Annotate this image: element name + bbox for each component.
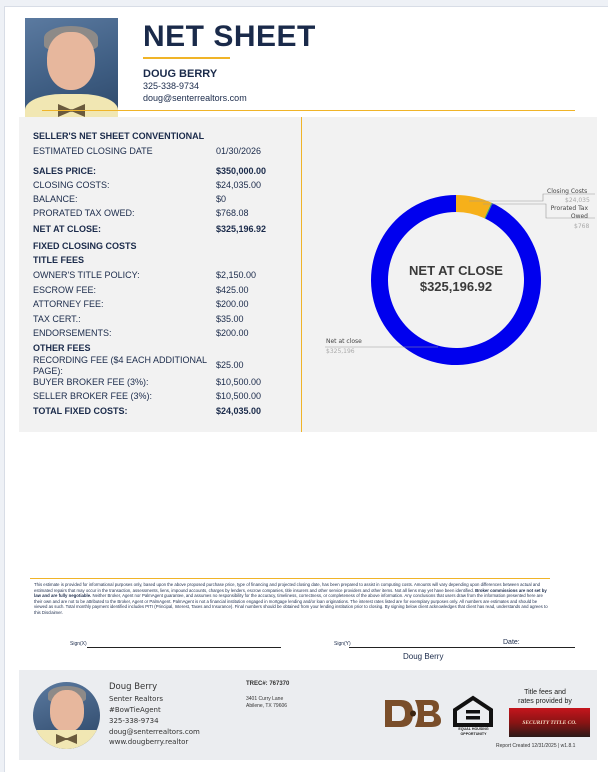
row-label: CLOSING COSTS: — [33, 180, 110, 190]
db-bowtie-logo-icon — [383, 697, 443, 730]
row-label: PRORATED TAX OWED: — [33, 208, 135, 218]
legend-closing-costs: Closing Costs — [547, 188, 587, 195]
footer-tagline: #BowTieAgent — [109, 706, 161, 714]
title-fee-row: ESCROW FEE:$425.00 — [33, 285, 96, 295]
page-title: NET SHEET — [143, 20, 316, 54]
row-label: ENDORSEMENTS: — [33, 328, 112, 338]
chart-center-label: NET AT CLOSE $325,196.92 — [403, 263, 509, 295]
row-label: TITLE FEES — [33, 255, 84, 265]
row-value: $200.00 — [216, 299, 249, 309]
footer-phone[interactable]: 325-338-9734 — [109, 717, 159, 725]
row-value: $350,000.00 — [216, 166, 266, 176]
row-label: OWNER'S TITLE POLICY: — [33, 270, 140, 280]
title-fee-row: ENDORSEMENTS:$200.00 — [33, 328, 112, 338]
title-underline — [143, 57, 230, 59]
signature-x-line[interactable] — [87, 647, 281, 648]
equal-housing-text: EQUAL HOUSINGOPPORTUNITY — [450, 727, 497, 736]
row-label: NET AT CLOSE: — [33, 224, 101, 234]
signature-x-label: Sign(X) — [70, 641, 87, 647]
row-value: $10,500.00 — [216, 377, 261, 387]
date-label: Date: — [503, 639, 520, 646]
row-value: $325,196.92 — [216, 224, 266, 234]
security-title-logo: SECURITY TITLE CO. — [509, 708, 590, 737]
panel-divider — [301, 117, 302, 432]
summary-row: SALES PRICE:$350,000.00 — [33, 166, 96, 176]
summary-row: NET AT CLOSE:$325,196.92 — [33, 224, 101, 234]
chart-center-title: NET AT CLOSE — [403, 263, 509, 279]
row-label: FIXED CLOSING COSTS — [33, 241, 137, 251]
closing-date-row: ESTIMATED CLOSING DATE01/30/2026 — [33, 146, 153, 156]
agent-name: DOUG BERRY — [143, 68, 217, 80]
disclaimer-text: This estimate is provided for informatio… — [34, 582, 548, 615]
other-fee-row: SELLER BROKER FEE (3%):$10,500.00 — [33, 391, 152, 401]
row-value: 01/30/2026 — [216, 146, 261, 156]
row-label: ATTORNEY FEE: — [33, 299, 104, 309]
footer-website[interactable]: www.dougberry.realtor — [109, 738, 188, 746]
row-value: $0 — [216, 194, 226, 204]
row-label: TOTAL FIXED COSTS: — [33, 406, 128, 416]
footer-email[interactable]: doug@senterrealtors.com — [109, 728, 200, 736]
legend-prorated-tax: Prorated Tax Owed — [550, 205, 588, 221]
row-value: $425.00 — [216, 285, 249, 295]
title-fees-heading: TITLE FEES — [33, 255, 84, 265]
row-value: $35.00 — [216, 314, 244, 324]
row-value: $2,150.00 — [216, 270, 256, 280]
other-fee-row: BUYER BROKER FEE (3%):$10,500.00 — [33, 377, 149, 387]
signer-name: Doug Berry — [403, 652, 443, 661]
header-divider — [42, 110, 575, 111]
row-label: SELLER BROKER FEE (3%): — [33, 391, 152, 401]
title-fee-row: TAX CERT.:$35.00 — [33, 314, 81, 324]
total-fixed-costs-row: TOTAL FIXED COSTS:$24,035.00 — [33, 406, 128, 416]
signature-y-line[interactable] — [349, 647, 575, 648]
footer-agent-name: Doug Berry — [109, 682, 157, 692]
title-provider-caption: Title fees andrates provided by — [505, 688, 585, 706]
agent-phone: 325-338-9734 — [143, 81, 199, 91]
address-line1: 3401 Curry Lane — [246, 696, 283, 702]
chart-center-value: $325,196.92 — [403, 279, 509, 295]
report-created: Report Created 12/31/2025 | w1.8.1 — [496, 743, 575, 749]
other-fee-row: RECORDING FEE ($4 EACH ADDITIONALPAGE):$… — [33, 355, 207, 377]
row-label: OTHER FEES — [33, 343, 91, 353]
section-heading: SELLER'S NET SHEET CONVENTIONAL — [33, 131, 204, 141]
row-value: $25.00 — [216, 360, 244, 370]
title-fee-row: OWNER'S TITLE POLICY:$2,150.00 — [33, 270, 140, 280]
agent-email: doug@senterrealtors.com — [143, 93, 247, 103]
legend-prorated-tax-value: $768 — [574, 223, 589, 230]
row-value: $768.08 — [216, 208, 249, 218]
legend-net-at-close: Net at close — [326, 338, 362, 345]
summary-row: BALANCE:$0 — [33, 194, 78, 204]
legend-closing-costs-value: $24,035 — [565, 197, 590, 204]
row-value: $200.00 — [216, 328, 249, 338]
title-fee-row: ATTORNEY FEE:$200.00 — [33, 299, 104, 309]
row-label: ESTIMATED CLOSING DATE — [33, 146, 153, 156]
legend-net-at-close-value: $325,196 — [326, 348, 355, 355]
agent-photo — [25, 18, 118, 128]
net-at-close-donut-chart: NET AT CLOSE $325,196.92 Closing Costs $… — [303, 117, 597, 432]
row-label: RECORDING FEE ($4 EACH ADDITIONALPAGE): — [33, 355, 207, 377]
row-label: BALANCE: — [33, 194, 78, 204]
address-line2: Abilene, TX 79606 — [246, 703, 287, 709]
row-label: SELLER'S NET SHEET CONVENTIONAL — [33, 131, 204, 141]
row-label: BUYER BROKER FEE (3%): — [33, 377, 149, 387]
summary-row: PRORATED TAX OWED:$768.08 — [33, 208, 135, 218]
footer-agent-photo — [33, 682, 100, 749]
disclaimer-divider — [30, 578, 550, 579]
fixed-costs-heading: FIXED CLOSING COSTS — [33, 241, 137, 251]
row-label: SALES PRICE: — [33, 166, 96, 176]
row-label: TAX CERT.: — [33, 314, 81, 324]
row-value: $24,035.00 — [216, 180, 261, 190]
trec-number: TREC#: 767370 — [246, 681, 289, 687]
row-value: $24,035.00 — [216, 406, 261, 416]
summary-row: CLOSING COSTS:$24,035.00 — [33, 180, 110, 190]
row-value: $10,500.00 — [216, 391, 261, 401]
other-fees-heading: OTHER FEES — [33, 343, 91, 353]
footer-company: Senter Realtors — [109, 695, 163, 703]
row-label: ESCROW FEE: — [33, 285, 96, 295]
